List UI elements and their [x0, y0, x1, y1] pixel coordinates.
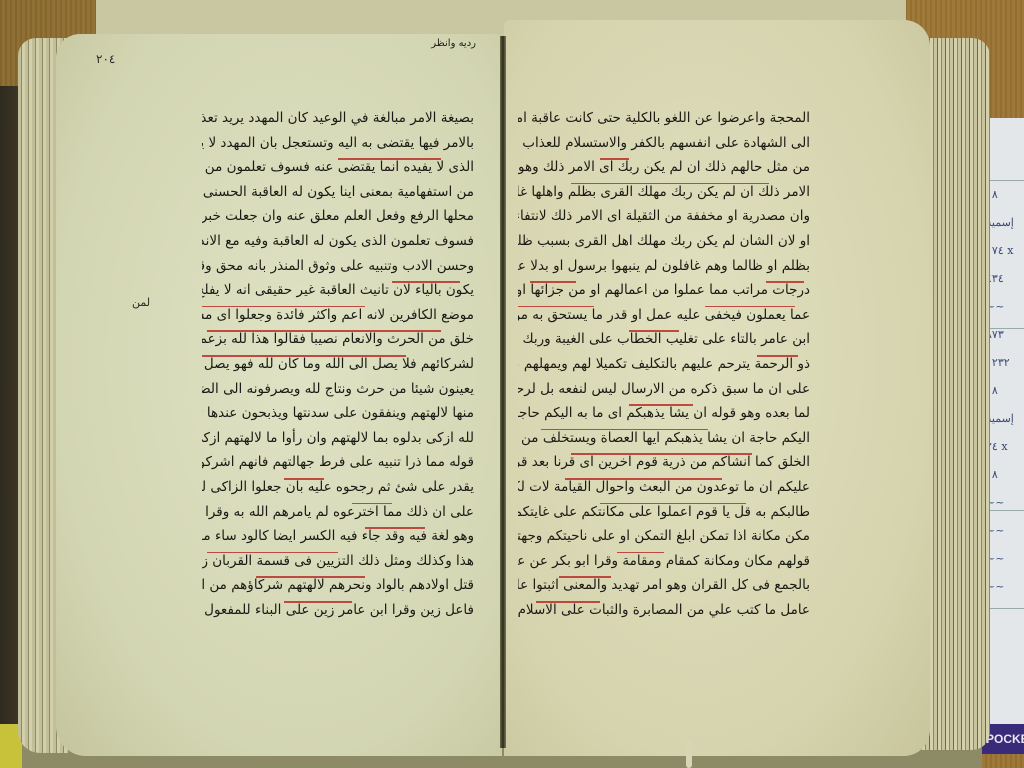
- red-overline: [617, 552, 664, 554]
- red-overline: [284, 601, 352, 603]
- red-overline: [284, 478, 325, 480]
- red-overline: [705, 306, 796, 308]
- red-overline: [207, 552, 338, 554]
- manuscript-line: او لان الشان لم يكن ربك مهلك اهل القرى ب…: [518, 229, 810, 254]
- left-text-block: بصيغة الامر مبالغة في الوعيد كان المهدد …: [202, 106, 474, 622]
- red-overline: [541, 429, 707, 431]
- red-overline: [207, 330, 441, 332]
- header-catchword: رديه وانظر: [431, 38, 476, 49]
- card-note: ١٧٤ x: [986, 244, 1013, 257]
- manuscript-line: منها لالهتهم وينفقون على سدنتها ويذبحون …: [202, 401, 474, 426]
- folio-number: ٢٠٤: [96, 52, 115, 66]
- red-overline: [559, 576, 612, 578]
- red-overline: [365, 527, 425, 529]
- left-page: ٢٠٤ رديه وانظر لمن بصيغة الامر مبالغة في…: [56, 34, 502, 756]
- card-note: إسميه: [986, 412, 1014, 425]
- red-overline: [256, 576, 365, 578]
- manuscript-line: فسوف تعلمون الذى يكون له العاقبة وفيه مع…: [202, 229, 474, 254]
- manuscript-line: من مثل حالهم ذلك ان لم يكن ربك اى الامر …: [518, 155, 810, 180]
- manuscript-line: لله ازكى بدلوه بما لالهتهم وان رأوا ما ل…: [202, 426, 474, 451]
- red-overline: [392, 281, 460, 283]
- red-overline: [757, 355, 798, 357]
- red-overline: [600, 158, 629, 160]
- manuscript-line: مكن مكانة اذا تمكن ابلغ التمكن او على نا…: [518, 524, 810, 549]
- red-overline: [629, 330, 679, 332]
- manuscript-line: وهو لغة فيه وقد جاء فيه الكسر ايضا كالود…: [202, 524, 474, 549]
- manuscript-line: وحسن الادب وتنبيه على وثوق المنذر بانه م…: [202, 254, 474, 279]
- red-overline: [571, 183, 770, 185]
- book-gutter: [500, 36, 506, 748]
- manuscript-line: على ان ما سبق ذكره من الارسال ليس لنفعه …: [518, 377, 810, 402]
- manuscript-line: قولهم مكان ومكانة كمقام ومقامة وقرا ابو …: [518, 549, 810, 574]
- red-overline: [352, 503, 393, 505]
- manuscript-line: يعينون شيئا من حرث ونتاج لله ويصرفونه ال…: [202, 377, 474, 402]
- manuscript-line: على ان ذلك مما اخترعوه لم يامرهم الله به…: [202, 500, 474, 525]
- red-overline: [565, 478, 723, 480]
- red-overline: [766, 281, 804, 283]
- manuscript-line: بظلم او ظالما وهم غافلون لم ينبهوا برسول…: [518, 254, 810, 279]
- red-overline: [202, 355, 406, 357]
- manuscript-line: يقدر على شئ ثم رجحوه عليه بان جعلوا الزا…: [202, 475, 474, 500]
- red-overline: [530, 281, 577, 283]
- manuscript-line: بالامر فيها يقتضى به اليه وتستعجل بان ال…: [202, 131, 474, 156]
- manuscript-line: بصيغة الامر مبالغة في الوعيد كان المهدد …: [202, 106, 474, 131]
- bookmark-string: [686, 740, 692, 768]
- red-overline: [536, 601, 600, 603]
- red-overline: [202, 306, 365, 308]
- red-overline: [600, 503, 746, 505]
- right-page: المحجة واعرضوا عن اللغو بالكلية حتى كانت…: [504, 20, 930, 756]
- manuscript-line: قوله مما ذرا تنبيه على فرط جهالتهم فانهم…: [202, 450, 474, 475]
- right-page-stack: [922, 38, 990, 750]
- red-overline: [571, 453, 752, 455]
- manuscript-line: محلها الرفع وفعل العلم معلق عنه وان جعلت…: [202, 204, 474, 229]
- manuscript-line: وان مصدرية او مخففة من الثقيلة اى الامر …: [518, 204, 810, 229]
- red-overline: [338, 158, 441, 160]
- red-overline: [629, 404, 693, 406]
- red-overline: [518, 306, 594, 308]
- margin-note: لمن: [132, 296, 150, 309]
- right-text-block: المحجة واعرضوا عن اللغو بالكلية حتى كانت…: [518, 106, 810, 622]
- card-note: إسميه: [986, 216, 1014, 229]
- manuscript-line: من استفهامية بمعنى اينا يكون له العاقبة …: [202, 180, 474, 205]
- manuscript-line: المحجة واعرضوا عن اللغو بالكلية حتى كانت…: [518, 106, 810, 131]
- manuscript-line: الى الشهادة على انفسهم بالكفر والاستسلام…: [518, 131, 810, 156]
